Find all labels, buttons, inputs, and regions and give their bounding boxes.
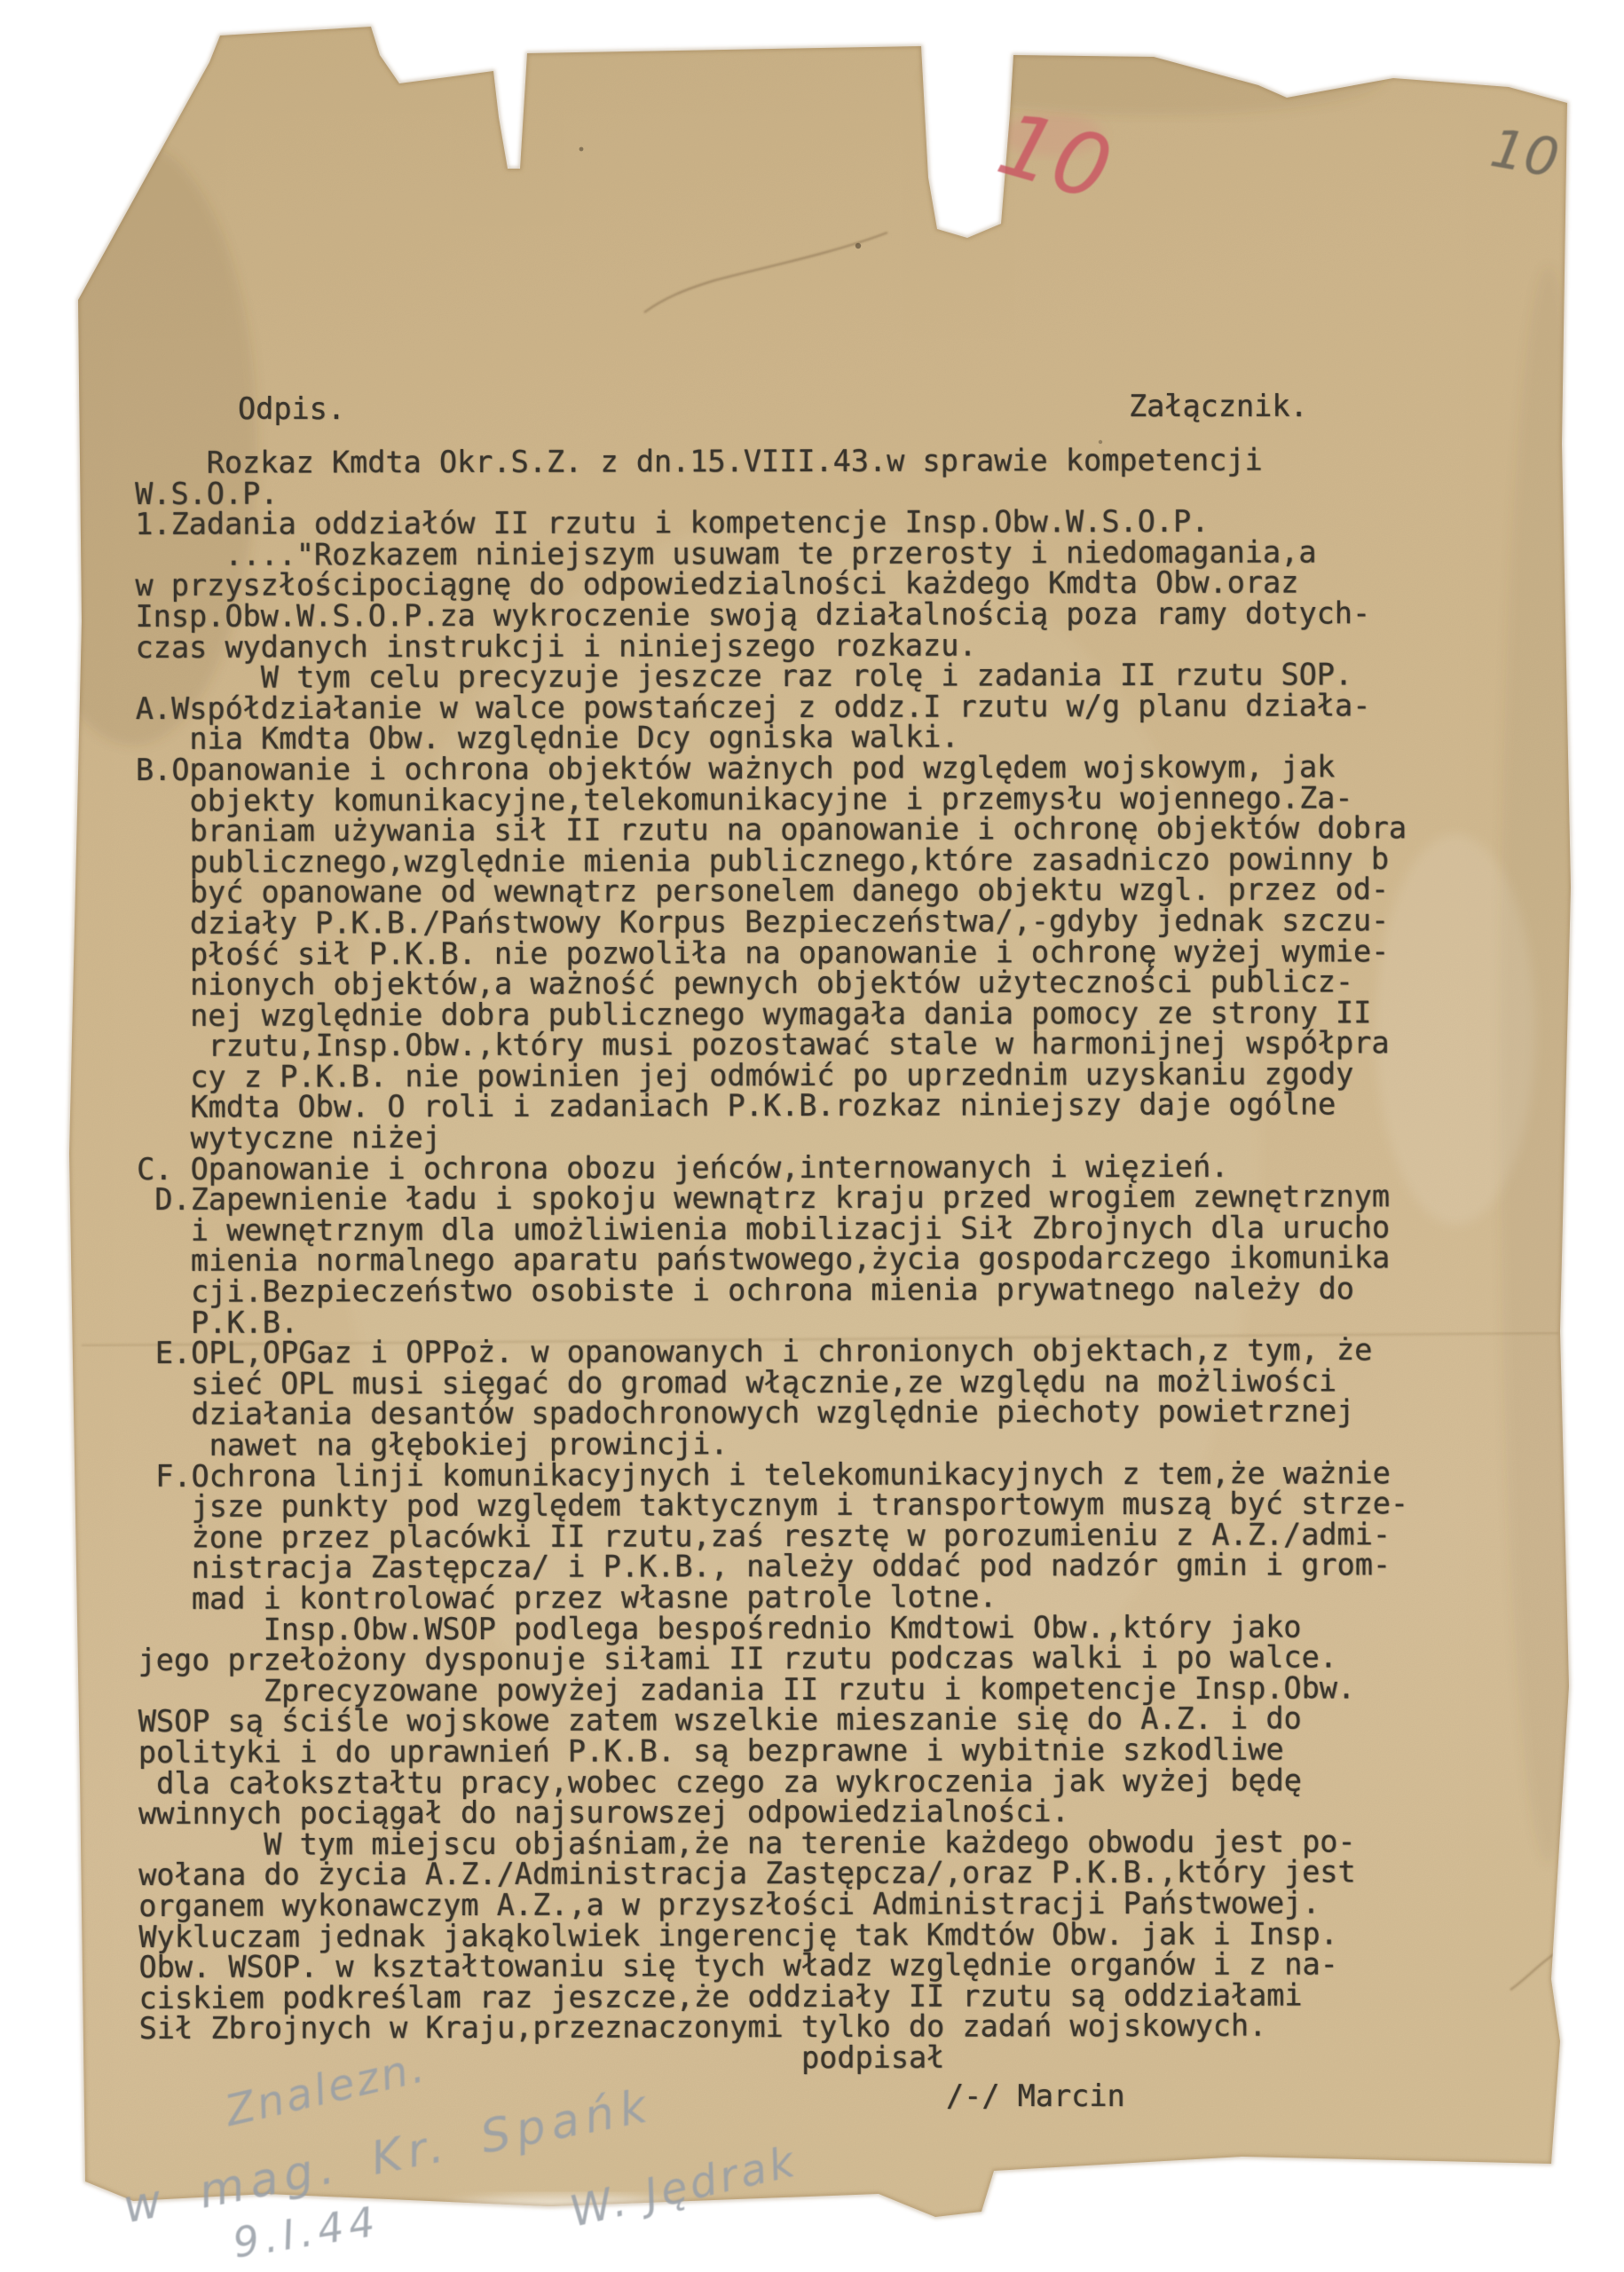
copy-label: Odpis.	[238, 391, 345, 426]
document-body-text: Rozkaz Kmdta Okr.S.Z. z dn.15.VIII.43.w …	[135, 445, 1410, 2075]
signature: /-/ Marcin	[946, 2079, 1125, 2113]
scanned-document-page: 10 10 Odpis. Załącznik. Rozkaz Kmdta Okr…	[0, 0, 1624, 2272]
pencil-page-number: 10	[1486, 117, 1564, 190]
attachment-label: Załącznik.	[1129, 389, 1308, 423]
